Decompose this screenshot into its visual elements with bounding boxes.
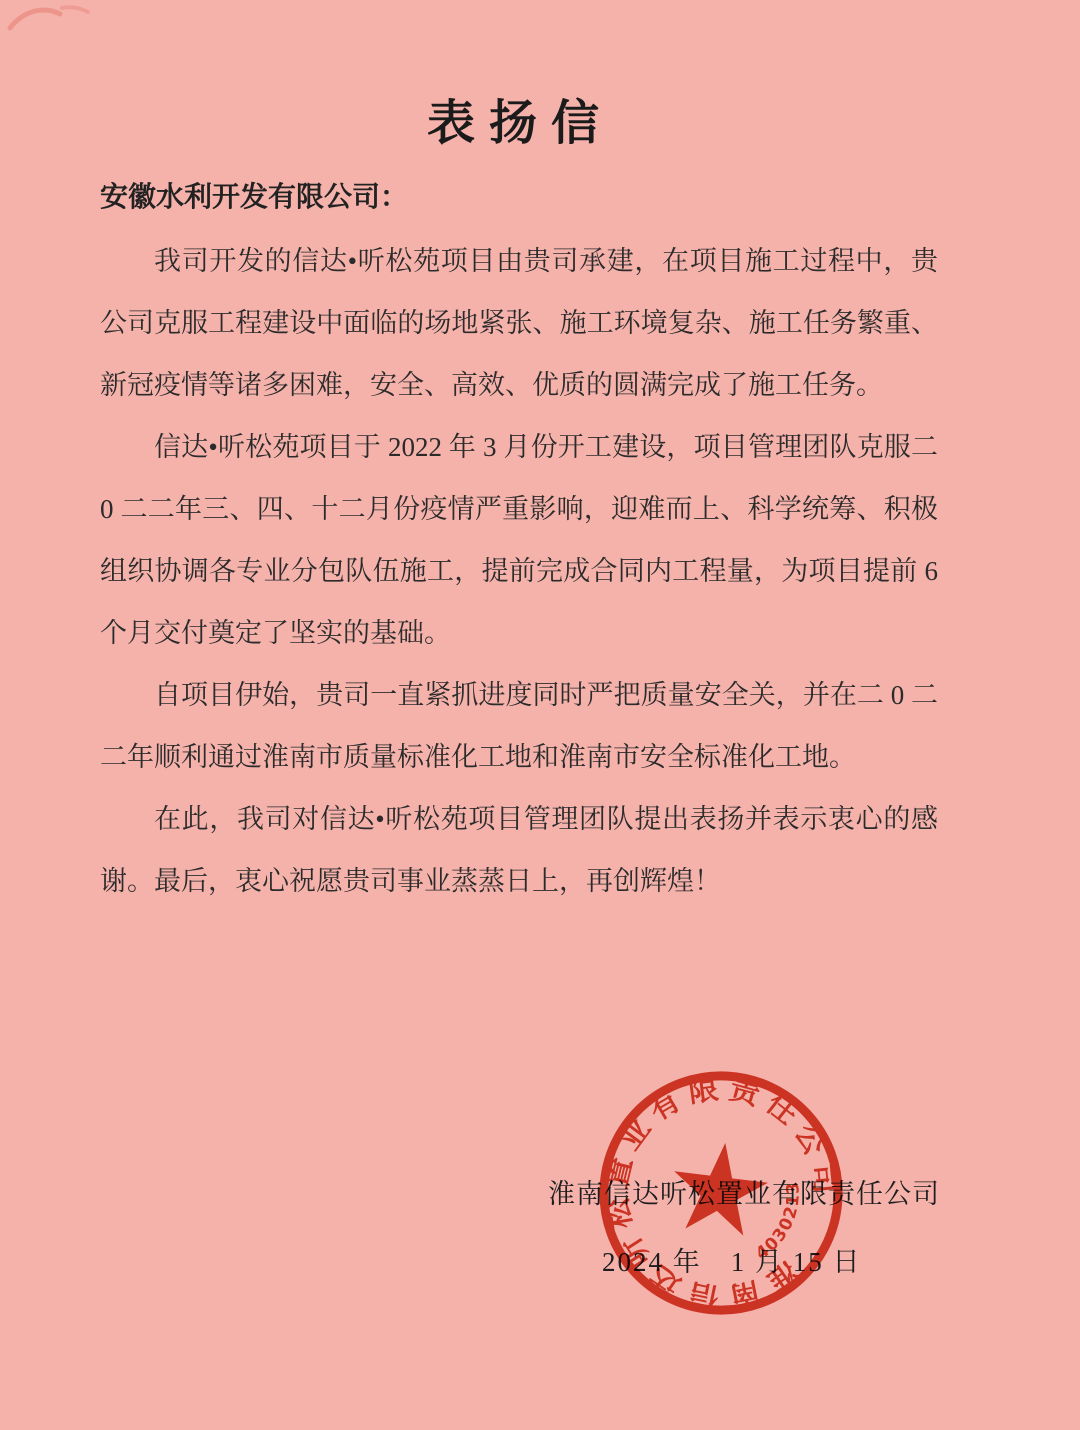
- salutation: 安徽水利开发有限公司：: [100, 166, 938, 230]
- paragraph-3: 自项目伊始，贵司一直紧抓进度同时严把质量安全关，并在二 0 二二年顺利通过淮南市…: [100, 664, 938, 788]
- company-seal-stamp: 淮南信达听松置业有限责任公司 3404030213353: [592, 1064, 850, 1322]
- paragraph-2: 信达•听松苑项目于 2022 年 3 月份开工建设，项目管理团队克服二 0 二二…: [100, 416, 938, 664]
- letter-body: 安徽水利开发有限公司： 我司开发的信达•听松苑项目由贵司承建，在项目施工过程中，…: [100, 166, 938, 912]
- paragraph-4: 在此，我司对信达•听松苑项目管理团队提出表扬并表示衷心的感谢。最后，衷心祝愿贵司…: [100, 788, 938, 912]
- seal-star-icon: [654, 1128, 775, 1252]
- commendation-letter-page: 表扬信 安徽水利开发有限公司： 我司开发的信达•听松苑项目由贵司承建，在项目施工…: [0, 0, 1080, 1430]
- paragraph-1: 我司开发的信达•听松苑项目由贵司承建，在项目施工过程中，贵公司克服工程建设中面临…: [100, 230, 938, 416]
- letter-title: 表扬信: [0, 84, 1040, 153]
- corner-ink-smudge: [6, 2, 96, 38]
